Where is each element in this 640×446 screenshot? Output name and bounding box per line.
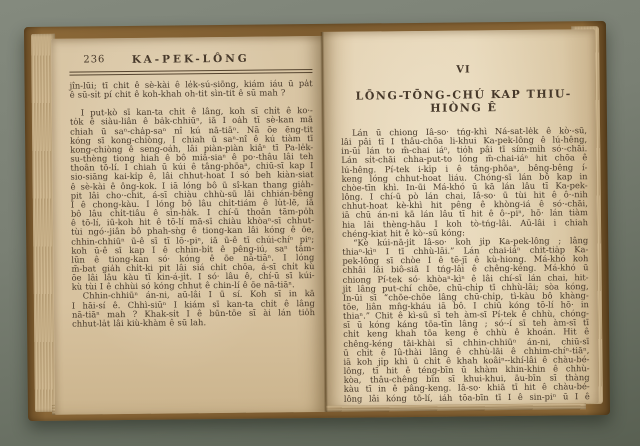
open-book: 236 KA-PEK-LÔNG jîn-lūi; tī chit ê sè-kà… (24, 21, 610, 421)
photo-background: { "scene": { "background_color": "#6f766… (0, 0, 640, 446)
header-double-rule (69, 69, 312, 76)
right-page: VI LŌNG-TŌNG-CHÚ KAP THIU-HIÒNG Ê Lán ū … (322, 29, 599, 406)
text-line: chhut-la̍t lâi kiù-khàm ê sū lah. (72, 317, 315, 329)
left-page: 236 KA-PEK-LÔNG jîn-lūi; tī chit ê sè-kà… (51, 36, 326, 415)
text-line: lông lâi kóng tō-lí, iáh tōa-bīn tī I ê … (344, 392, 590, 404)
right-page-body: Lán ū chiong Iâ-so· tńg-khì Ná-sat-le̍k … (341, 126, 590, 403)
left-page-header: 236 KA-PEK-LÔNG (69, 52, 312, 69)
chapter-number: VI (340, 63, 586, 77)
running-title: KA-PEK-LÔNG (69, 52, 312, 67)
page-number: 236 (83, 54, 105, 65)
chapter-title: LŌNG-TŌNG-CHÚ KAP THIU-HIÒNG Ê (341, 87, 587, 116)
left-page-body: jîn-lūi; tī chit ê sè-kài ê le̍k-sú-siōn… (70, 79, 316, 329)
